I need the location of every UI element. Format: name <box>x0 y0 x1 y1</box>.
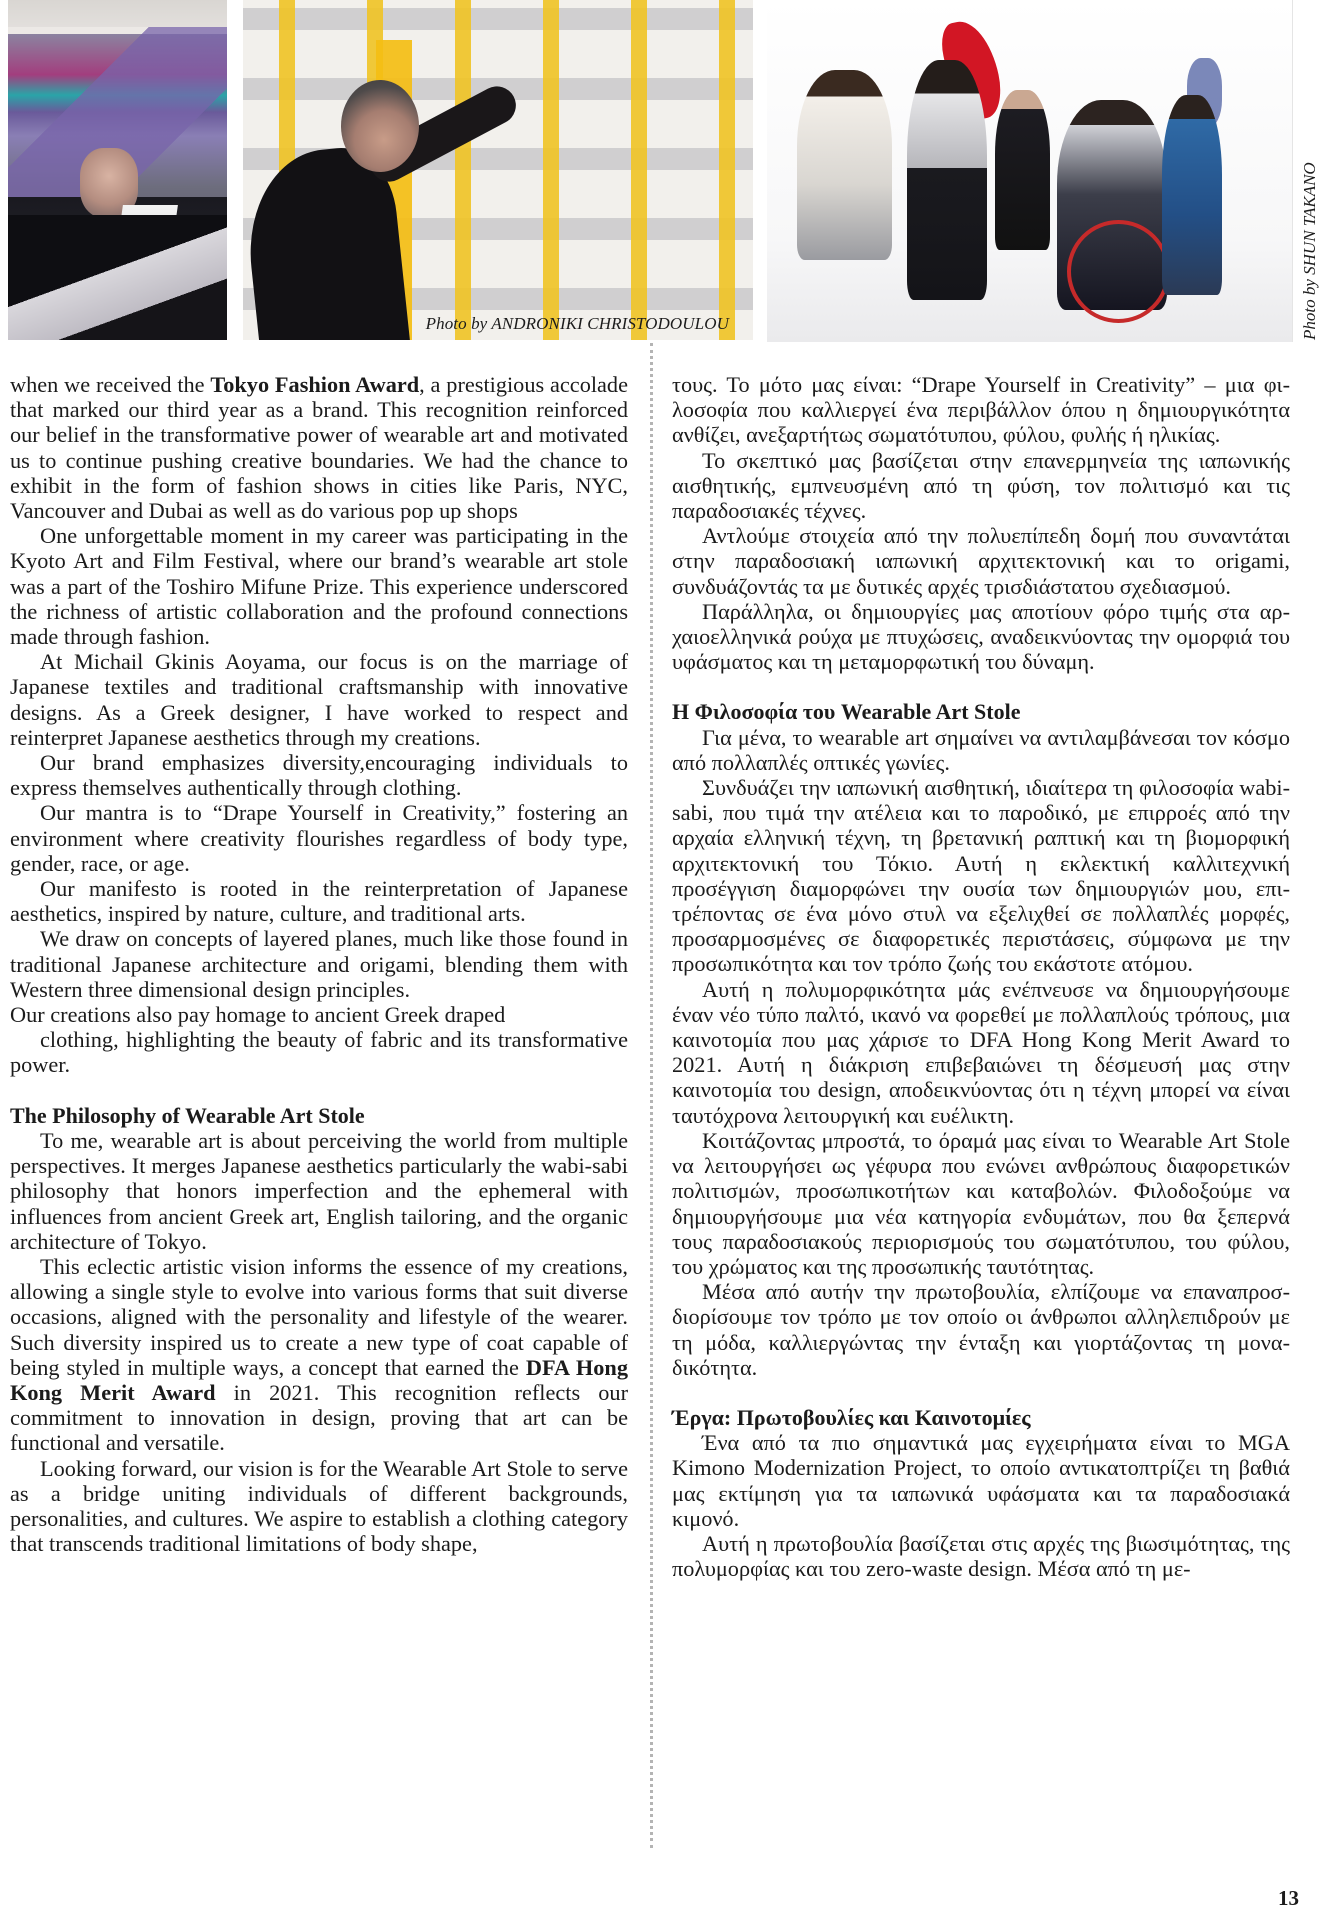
paragraph: To me, wearable art is about perceiving … <box>10 1128 628 1254</box>
model-figure <box>995 90 1050 250</box>
paragraph: Παράλληλα, οι δημιουργίες μας αποτίουν φ… <box>672 599 1290 675</box>
paragraph: clothing, highlighting the beauty of fab… <box>10 1027 628 1077</box>
photo-designer-painting: Photo by ANDRONIKI CHRISTODOULOU <box>243 0 753 340</box>
photo-credit-christodoulou: Photo by ANDRONIKI CHRISTODOULOU <box>426 314 729 334</box>
model-figure <box>907 60 987 300</box>
wheelchair-wheel <box>1067 220 1170 323</box>
paragraph: Κοιτάζοντας μπροστά, το όραμά μας είναι … <box>672 1128 1290 1279</box>
column-divider <box>650 343 653 1848</box>
section-heading: Έργα: Πρωτοβουλίες και Καινοτομίες <box>672 1405 1290 1430</box>
paragraph: Our manifesto is rooted in the reinterpr… <box>10 876 628 926</box>
paragraph: Το σκεπτικό μας βασίζεται στην επανερμην… <box>672 448 1290 524</box>
paragraph: Για μένα, το wearable art σημαίνει να αν… <box>672 725 1290 775</box>
paragraph: Μέσα από αυτήν την πρωτοβουλία, ελπίζουμ… <box>672 1279 1290 1380</box>
paragraph: At Michail Gkinis Aoyama, our focus is o… <box>10 649 628 750</box>
paragraph: Looking forward, our vision is for the W… <box>10 1456 628 1557</box>
paragraph: Συνδυάζει την ιαπωνική αισθητική, ιδιαίτ… <box>672 775 1290 977</box>
paragraph: when we received the Tokyo Fashion Award… <box>10 372 628 523</box>
paragraph: Αυτή η πολυμορφικότητα μάς ενέπνευσε να … <box>672 977 1290 1128</box>
paragraph: We draw on concepts of layered planes, m… <box>10 926 628 1002</box>
award-name: Tokyo Fashion Award <box>210 372 419 397</box>
paragraph: One unforgettable moment in my career wa… <box>10 523 628 649</box>
paragraph: Our brand emphasizes diversity,encouragi… <box>10 750 628 800</box>
english-column: when we received the Tokyo Fashion Award… <box>10 372 628 1556</box>
model-figure <box>797 70 892 260</box>
model-figure <box>1162 95 1222 295</box>
photo-designer-studio <box>8 0 227 340</box>
section-heading: Η Φιλοσοφία του Wearable Art Stole <box>672 699 1290 724</box>
photo-models-group <box>767 0 1293 342</box>
paragraph: Our mantra is to “Drape Yourself in Crea… <box>10 800 628 876</box>
paragraph: Αντλούμε στοιχεία από την πολυεπίπεδη δο… <box>672 523 1290 599</box>
photo-credit-takano: Photo by SHUN TAKANO <box>1300 162 1320 340</box>
paragraph: Αυτή η πρωτοβουλία βασίζεται στις αρχές … <box>672 1531 1290 1581</box>
painter-head <box>341 80 419 172</box>
page-number: 13 <box>1278 1886 1299 1911</box>
dark-garment <box>8 215 227 340</box>
paragraph: τους. Το μότο μας είναι: “Drape Yourself… <box>672 372 1290 448</box>
paragraph: This eclectic artistic vision informs th… <box>10 1254 628 1456</box>
paragraph: Our creations also pay homage to ancient… <box>10 1002 628 1027</box>
greek-column: τους. Το μότο μας είναι: “Drape Yourself… <box>672 372 1290 1581</box>
section-heading: The Philosophy of Wearable Art Stole <box>10 1103 628 1128</box>
paragraph: Ένα από τα πιο σημαντικά μας εγχειρήματα… <box>672 1430 1290 1531</box>
